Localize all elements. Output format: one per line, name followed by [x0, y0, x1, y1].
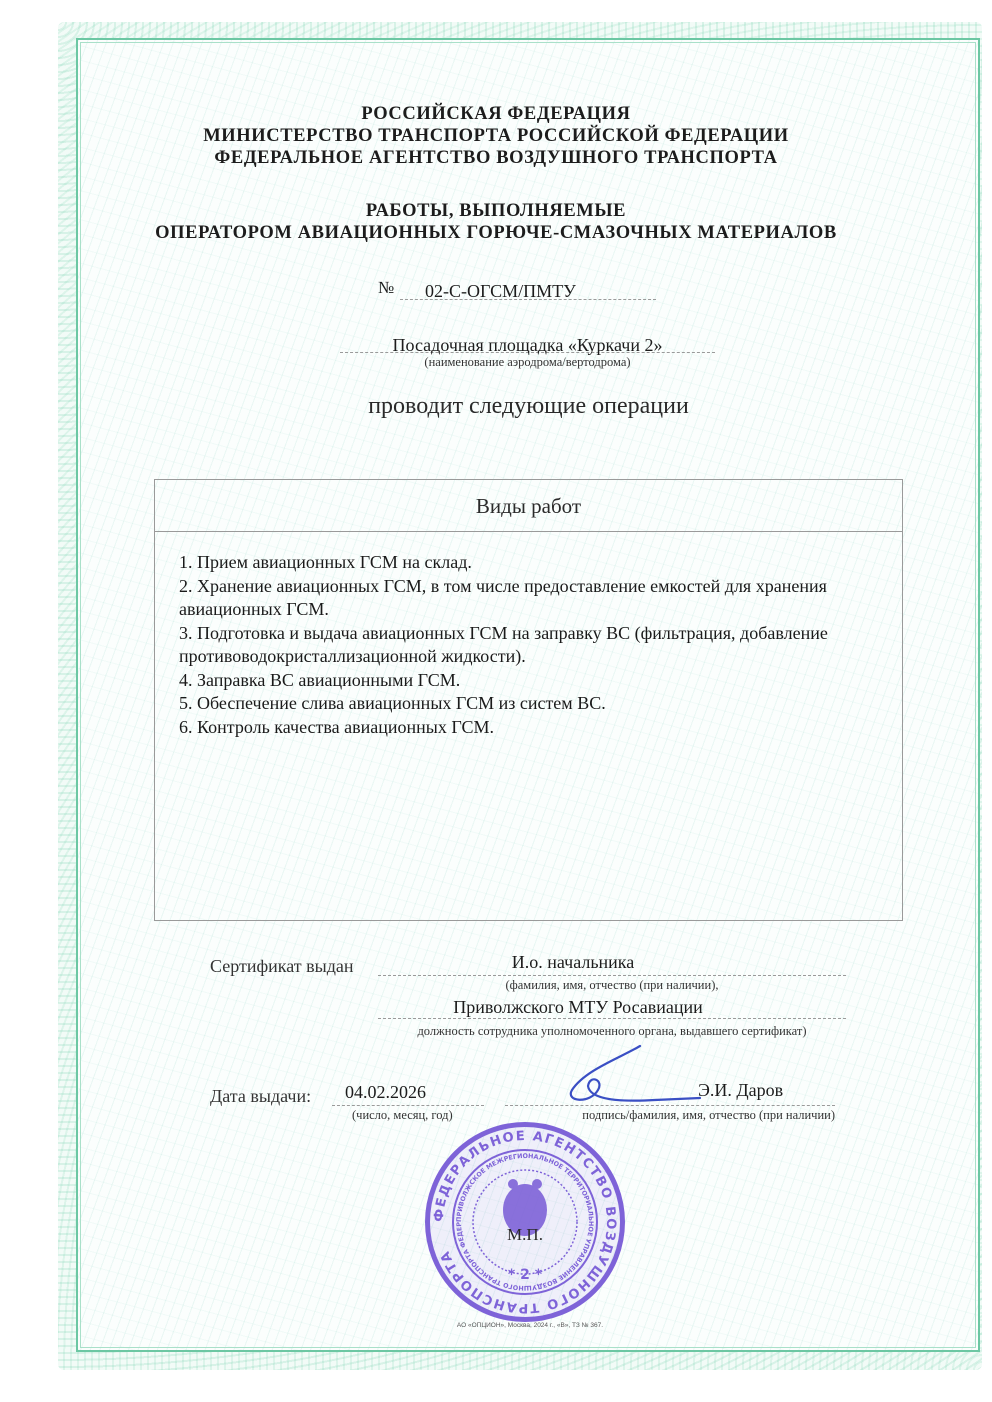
issued-caption-2-wrap: должность сотрудника уполномоченного орг…	[378, 1022, 846, 1040]
works-item: 5. Обеспечение слива авиационных ГСМ из …	[179, 692, 878, 716]
signature-caption: подпись/фамилия, имя, отчество (при нали…	[582, 1108, 835, 1122]
works-heading: Виды работ	[155, 480, 902, 532]
official-stamp: ФЕДЕРАЛЬНОЕ АГЕНТСТВО ВОЗДУШНОГО ТРАНСПО…	[425, 1122, 625, 1322]
certificate-number: 02-С-ОГСМ/ПМТУ	[425, 281, 576, 302]
works-item: 4. Заправка ВС авиационными ГСМ.	[179, 669, 878, 693]
title-line1: РАБОТЫ, ВЫПОЛНЯЕМЫЕ	[0, 200, 992, 222]
date-value: 04.02.2026	[345, 1082, 426, 1103]
issued-caption-1: (фамилия, имя, отчество (при наличии),	[506, 978, 719, 992]
issued-label: Сертификат выдан	[210, 956, 354, 977]
issued-position-2: Приволжского МТУ Росавиации	[378, 997, 778, 1018]
signature-icon	[560, 1040, 710, 1110]
number-label: №	[378, 278, 394, 298]
header-ministry: МИНИСТЕРСТВО ТРАНСПОРТА РОССИЙСКОЙ ФЕДЕР…	[0, 125, 992, 147]
header-agency: ФЕДЕРАЛЬНОЕ АГЕНТСТВО ВОЗДУШНОГО ТРАНСПО…	[0, 147, 992, 169]
works-table: Виды работ 1. Прием авиационных ГСМ на с…	[154, 479, 903, 921]
aerodrome-caption: (наименование аэродрома/вертодрома)	[340, 353, 715, 371]
works-item: 6. Контроль качества авиационных ГСМ.	[179, 716, 878, 740]
works-item: 3. Подготовка и выдача авиационных ГСМ н…	[179, 622, 878, 669]
header-country: РОССИЙСКАЯ ФЕДЕРАЦИЯ	[0, 103, 992, 125]
aerodrome-caption-text: (наименование аэродрома/вертодрома)	[424, 355, 630, 369]
stamp-mp: М.П.	[430, 1225, 620, 1245]
issued-caption-1-wrap: (фамилия, имя, отчество (при наличии),	[378, 976, 846, 994]
stamp-rings-icon: ФЕДЕРАЛЬНОЕ АГЕНТСТВО ВОЗДУШНОГО ТРАНСПО…	[425, 1122, 625, 1322]
date-caption: (число, месяц, год)	[352, 1108, 453, 1122]
works-list: 1. Прием авиационных ГСМ на склад. 2. Хр…	[155, 532, 902, 739]
signatory-name: Э.И. Даров	[698, 1080, 783, 1101]
issued-position-1: И.о. начальника	[378, 952, 768, 973]
operations-intro: проводит следующие операции	[0, 393, 992, 420]
title-line2: ОПЕРАТОРОМ АВИАЦИОННЫХ ГОРЮЧЕ-СМАЗОЧНЫХ …	[0, 222, 992, 244]
stamp-number: * 2 *	[430, 1267, 620, 1283]
works-item: 2. Хранение авиационных ГСМ, в том числе…	[179, 575, 878, 622]
printer-imprint: АО «ОПЦИОН», Москва, 2024 г., «В», ТЗ № …	[0, 1322, 992, 1329]
issued-caption-2: должность сотрудника уполномоченного орг…	[417, 1024, 806, 1038]
works-item: 1. Прием авиационных ГСМ на склад.	[179, 551, 878, 575]
date-label: Дата выдачи:	[210, 1086, 311, 1107]
